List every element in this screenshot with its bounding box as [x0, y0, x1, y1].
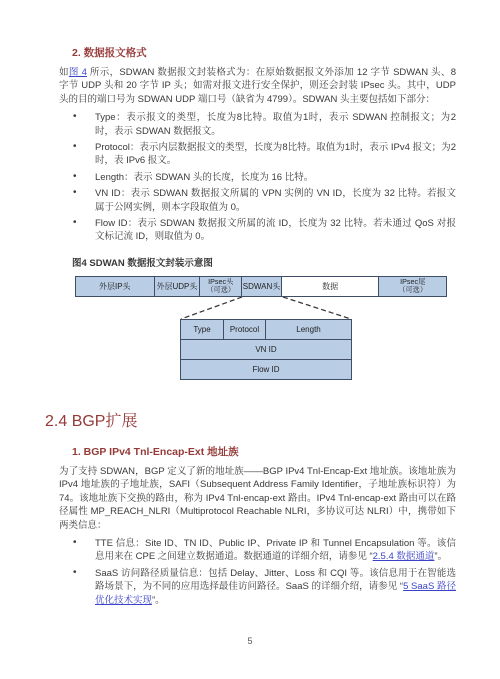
list-item-saas-quality: •SaaS 访问路径质量信息：包括 Delay、Jitter、Loss 和 CQ…	[73, 567, 456, 607]
segment-label: 数据	[322, 282, 338, 291]
bgp-paragraph: 为了支持 SDWAN，BGP 定义了新的地址族——BGP IPv4 Tnl-En…	[59, 465, 456, 532]
bullet-marker-icon: •	[73, 110, 77, 123]
sdwan-header-fields-list: •Type：表示报文的类型，长度为8比特。取值为1时，表示 SDWAN 控制报文…	[73, 111, 456, 244]
page-number: 5	[0, 636, 500, 646]
list-item-text: VN ID：表示 SDWAN 数据报文所属的 VPN 实例的 VN ID，长度为…	[95, 188, 456, 212]
segment-outer-ip-header: 外层IP头	[76, 277, 155, 296]
segment-sublabel: （可选）	[206, 286, 235, 294]
field-type: Type	[181, 320, 224, 339]
list-item-vnid: •VN ID：表示 SDWAN 数据报文所属的 VPN 实例的 VN ID，长度…	[73, 187, 456, 214]
bullet-marker-icon: •	[73, 186, 77, 199]
list-item-length: •Length：表示 SDWAN 头的长度，长度为 16 比特。	[73, 171, 456, 184]
packet-encapsulation-bar: 外层IP头 外层UDP头 IPsec头（可选） SDWAN头 数据 IPsec尾…	[75, 276, 447, 297]
bgp-info-list: •TTE 信息：Site ID、TN ID、Public IP、Private …	[73, 537, 456, 607]
data-channel-link[interactable]: 2.5.4 数据通道	[373, 551, 435, 562]
list-item-text-post: ”。	[434, 551, 447, 562]
segment-label: 外层IP头	[99, 282, 131, 291]
intro-text-post: 所示，SDWAN 数据报文封装格式为：在原始数据报文外添加 12 字节 SDWA…	[59, 67, 456, 105]
sdwan-header-table: Type Protocol Length VN ID Flow ID	[180, 319, 352, 380]
bullet-marker-icon: •	[73, 170, 77, 183]
segment-label: SDWAN头	[243, 282, 280, 291]
field-protocol: Protocol	[224, 320, 266, 339]
figure4-link[interactable]: 图 4	[69, 67, 87, 78]
segment-sdwan-header: SDWAN头	[242, 277, 282, 296]
intro-text-pre: 如	[59, 67, 69, 78]
bullet-marker-icon: •	[73, 536, 77, 549]
bullet-marker-icon: •	[73, 216, 77, 229]
figure-caption: 图4 SDWAN 数据报文封装示意图	[72, 255, 456, 269]
list-item-text: Flow ID：表示 SDWAN 数据报文所属的流 ID，长度为 32 比特。若…	[95, 218, 456, 242]
bullet-marker-icon: •	[73, 140, 77, 153]
figure-diagram: 外层IP头 外层UDP头 IPsec头（可选） SDWAN头 数据 IPsec尾…	[0, 275, 500, 387]
segment-ipsec-trailer: IPsec尾（可选）	[379, 277, 446, 296]
segment-sublabel: （可选）	[398, 286, 427, 294]
packet-format-intro-paragraph: 如图 4 所示，SDWAN 数据报文封装格式为：在原始数据报文外添加 12 字节…	[59, 66, 456, 106]
field-vn-id: VN ID	[181, 340, 351, 360]
sdwan-header-table-row1: Type Protocol Length	[181, 320, 351, 340]
bullet-marker-icon: •	[73, 566, 77, 579]
segment-ipsec-header: IPsec头（可选）	[200, 277, 242, 296]
segment-label: 外层UDP头	[157, 282, 198, 291]
subheading-tnl-encap-ext: 1. BGP IPv4 Tnl-Encap-Ext 地址族	[72, 446, 456, 458]
segment-data-payload: 数据	[282, 277, 379, 296]
list-item-text: Length：表示 SDWAN 头的长度，长度为 16 比特。	[95, 172, 313, 183]
heading-bgp-extension: 2.4 BGP扩展	[45, 413, 456, 431]
list-item-type: •Type：表示报文的类型，长度为8比特。取值为1时，表示 SDWAN 控制报文…	[73, 111, 456, 138]
segment-outer-udp-header: 外层UDP头	[155, 277, 201, 296]
list-item-text: Protocol：表示内层数据报文的类型，长度为8比特。取值为1时，表示 IPv…	[95, 142, 456, 166]
list-item-text: Type：表示报文的类型，长度为8比特。取值为1时，表示 SDWAN 控制报文；…	[95, 112, 456, 136]
heading-packet-format: 2. 数据报文格式	[72, 47, 456, 59]
list-item-tte-info: •TTE 信息：Site ID、TN ID、Public IP、Private …	[73, 537, 456, 564]
list-item-text: SaaS 访问路径质量信息：包括 Delay、Jitter、Loss 和 CQI…	[95, 568, 456, 592]
list-item-protocol: •Protocol：表示内层数据报文的类型，长度为8比特。取值为1时，表示 IP…	[73, 141, 456, 168]
field-length: Length	[266, 320, 351, 339]
document-page: 2. 数据报文格式 如图 4 所示，SDWAN 数据报文封装格式为：在原始数据报…	[0, 0, 500, 679]
list-item-flowid: •Flow ID：表示 SDWAN 数据报文所属的流 ID，长度为 32 比特。…	[73, 217, 456, 244]
field-flow-id: Flow ID	[181, 360, 351, 379]
list-item-text-post: ”。	[152, 595, 165, 606]
